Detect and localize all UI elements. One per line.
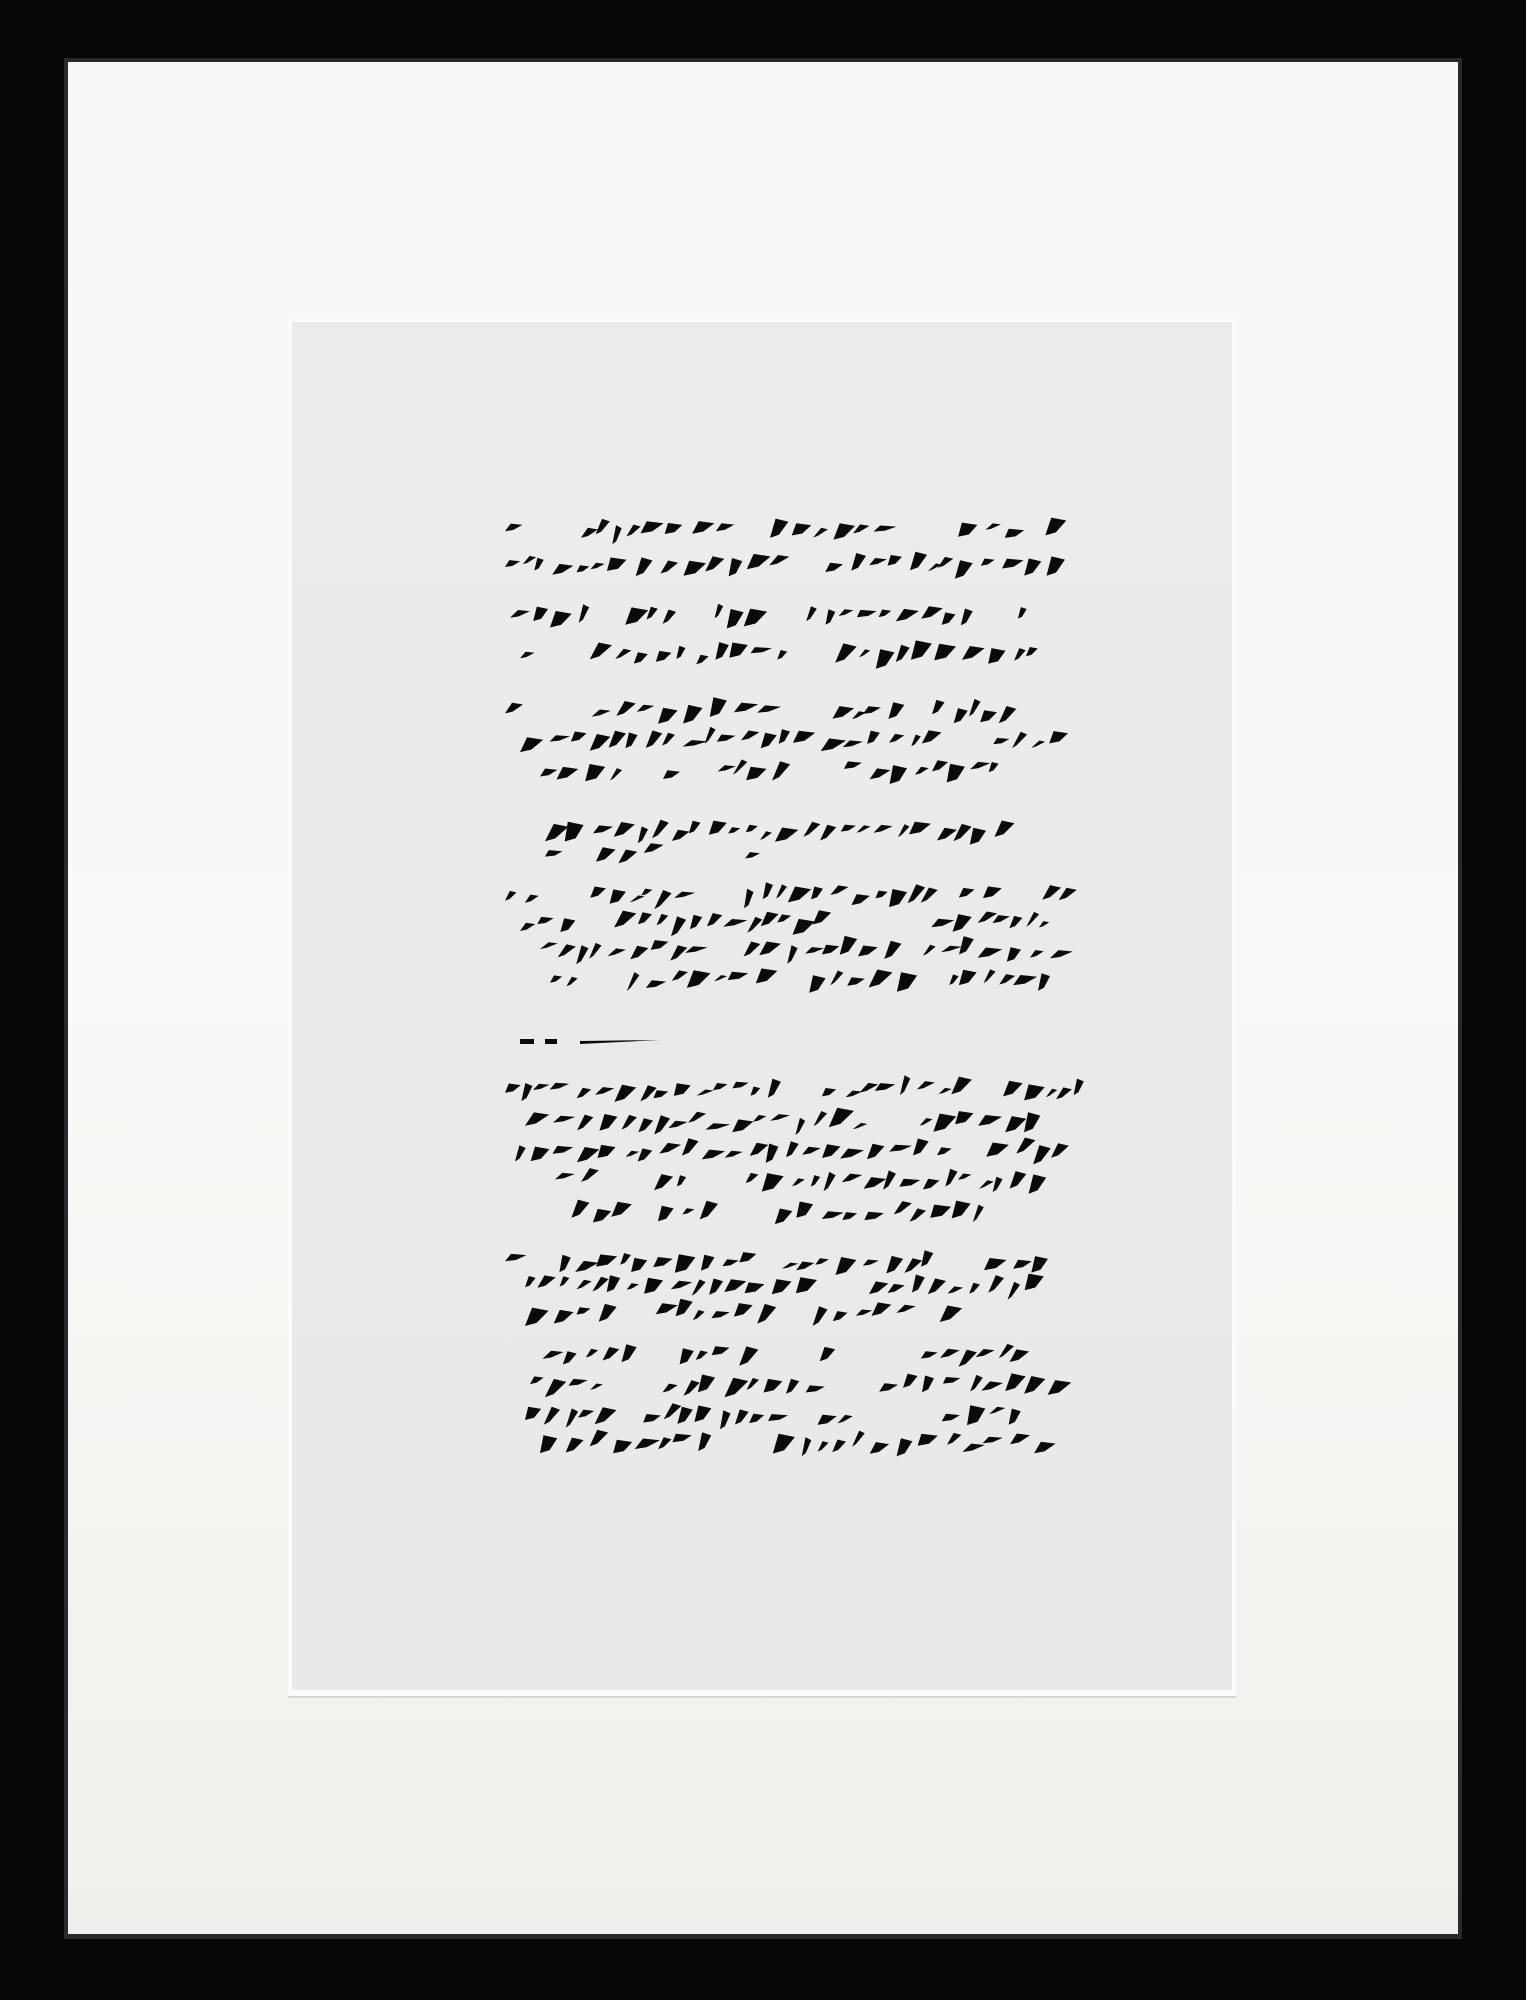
asemic-ink-marks [0, 0, 1526, 2000]
